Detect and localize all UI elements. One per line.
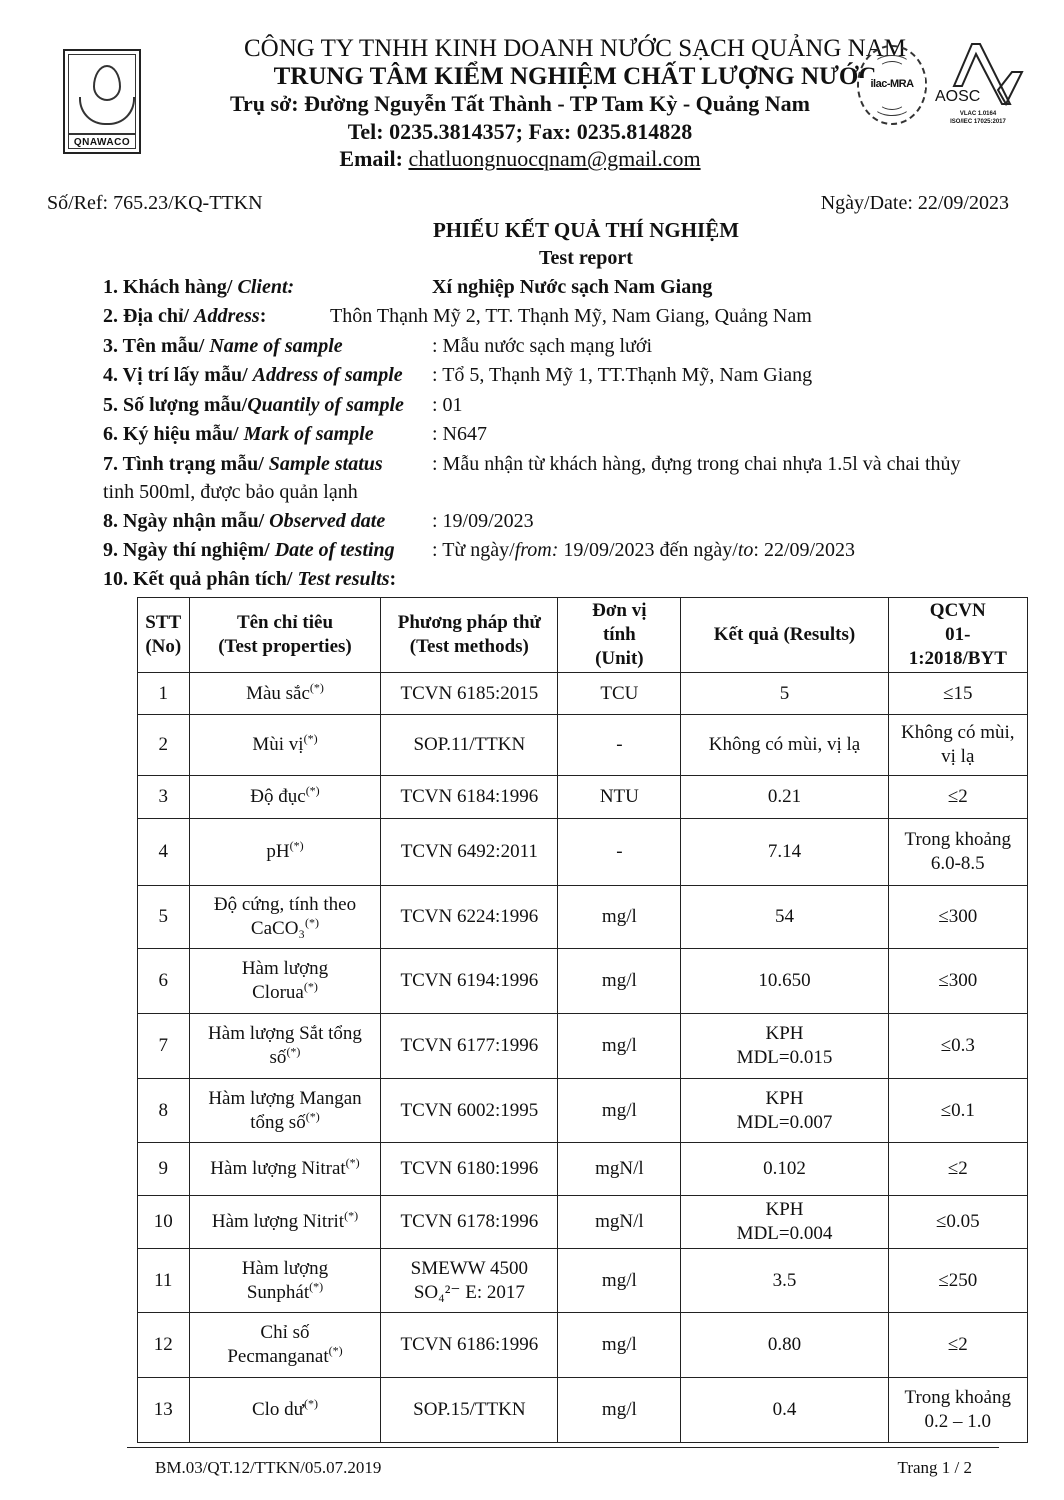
table-row: 9Hàm lượng Nitrat(*)TCVN 6180:1996mgN/l0… — [138, 1143, 1028, 1196]
cell-name: Độ đục(*) — [189, 776, 381, 819]
company-logo: QNAWACO — [63, 49, 141, 154]
info-mark: 6. Ký hiệu mẫu/ Mark of sample — [103, 423, 374, 446]
info-status: 7. Tình trạng mẫu/ Sample status — [103, 453, 383, 476]
cell-unit: mg/l — [558, 886, 681, 949]
info-value: : 19/09/2023 — [432, 510, 534, 532]
info-label-en: Test results — [297, 568, 389, 590]
cell-result: 0.80 — [681, 1313, 888, 1378]
header-no: STT(No) — [138, 598, 190, 673]
footer-divider — [127, 1447, 999, 1448]
cell-name: Chỉ sốPecmanganat(*) — [189, 1313, 381, 1378]
cell-name: Hàm lượng Mangantổng số(*) — [189, 1079, 381, 1143]
info-label: 3. Tên mẫu/ — [103, 335, 209, 357]
info-sample-name: 3. Tên mẫu/ Name of sample — [103, 335, 343, 358]
report-subtitle: Test report — [0, 247, 1064, 270]
info-label-en: Name of sample — [209, 335, 342, 357]
cell-unit: mg/l — [558, 1313, 681, 1378]
cell-name: Màu sắc(*) — [189, 673, 381, 715]
cell-limit: ≤15 — [888, 673, 1027, 715]
info-value: : 01 — [432, 394, 463, 416]
info-label-en: Mark of sample — [244, 423, 374, 445]
cell-no: 12 — [138, 1313, 190, 1378]
info-value: : Mẫu nhận từ khách hàng, đựng trong cha… — [432, 453, 961, 475]
cell-result: 0.21 — [681, 776, 888, 819]
cell-result: 0.102 — [681, 1143, 888, 1196]
info-value: : Từ ngày/ — [432, 539, 515, 561]
header-name: Tên chỉ tiêu(Test properties) — [189, 598, 381, 673]
header-limit: QCVN01-1:2018/BYT — [888, 598, 1027, 673]
ilac-mra-logo: ilac-MRA — [857, 45, 927, 125]
cell-unit: NTU — [558, 776, 681, 819]
results-table: STT(No) Tên chỉ tiêu(Test properties) Ph… — [137, 597, 1028, 1443]
cell-result: Không có mùi, vị lạ — [681, 715, 888, 776]
table-header-row: STT(No) Tên chỉ tiêu(Test properties) Ph… — [138, 598, 1028, 673]
cell-limit: ≤2 — [888, 776, 1027, 819]
cell-limit: Không có mùi,vị lạ — [888, 715, 1027, 776]
info-value: tinh 500ml, được bảo quản lạnh — [103, 481, 358, 503]
cell-method: TCVN 6177:1996 — [381, 1014, 558, 1079]
info-status-value-cont: tinh 500ml, được bảo quản lạnh — [103, 481, 358, 504]
company-address: Trụ sở: Đường Nguyễn Tất Thành - TP Tam … — [190, 91, 850, 117]
results-body: 1Màu sắc(*)TCVN 6185:2015TCU5≤152Mùi vị(… — [138, 673, 1028, 1443]
logo-brand-text: QNAWACO — [69, 137, 135, 148]
cell-name: Hàm lượngClorua(*) — [189, 949, 381, 1014]
table-row: 11Hàm lượngSunphát(*)SMEWW 4500SO₄²⁻ E: … — [138, 1249, 1028, 1313]
cell-no: 6 — [138, 949, 190, 1014]
table-row: 7Hàm lượng Sắt tổngsố(*)TCVN 6177:1996mg… — [138, 1014, 1028, 1079]
form-code: BM.03/QT.12/TTKN/05.07.2019 — [155, 1458, 381, 1478]
cell-method: TCVN 6184:1996 — [381, 776, 558, 819]
cell-unit: mg/l — [558, 1079, 681, 1143]
info-label: 1. Khách hàng/ — [103, 276, 237, 298]
info-label-en: Observed date — [269, 510, 385, 532]
aosc-accreditation: VLAC 1.0164 ISO/IEC 17025:2017 — [932, 110, 1024, 126]
info-sample-address-value: : Tổ 5, Thạnh Mỹ 1, TT.Thạnh Mỹ, Nam Gia… — [432, 364, 812, 387]
cell-unit: mg/l — [558, 949, 681, 1014]
company-email-line: Email: chatluongnuocqnam@gmail.com — [190, 146, 850, 172]
table-row: 13Clo dư(*)SOP.15/TTKNmg/l0.4Trong khoản… — [138, 1378, 1028, 1443]
reference-number: Số/Ref: 765.23/KQ-TTKN — [47, 192, 263, 215]
info-testing-date: 9. Ngày thí nghiệm/ Date of testing — [103, 539, 395, 562]
cell-method: TCVN 6002:1995 — [381, 1079, 558, 1143]
cell-limit: ≤2 — [888, 1313, 1027, 1378]
cell-no: 9 — [138, 1143, 190, 1196]
cell-name: Hàm lượng Nitrit(*) — [189, 1196, 381, 1249]
cell-name: Hàm lượng Nitrat(*) — [189, 1143, 381, 1196]
info-address-value: Thôn Thạnh Mỹ 2, TT. Thạnh Mỹ, Nam Giang… — [330, 305, 812, 328]
info-label: 4. Vị trí lấy mẫu/ — [103, 364, 253, 386]
cell-method: TCVN 6224:1996 — [381, 886, 558, 949]
cell-unit: mg/l — [558, 1378, 681, 1443]
cell-result: KPHMDL=0.004 — [681, 1196, 888, 1249]
cell-name: Hàm lượng Sắt tổngsố(*) — [189, 1014, 381, 1079]
cell-method: SMEWW 4500SO₄²⁻ E: 2017 — [381, 1249, 558, 1313]
cell-name: Clo dư(*) — [189, 1378, 381, 1443]
email-label: Email: — [339, 146, 408, 171]
cell-result: 7.14 — [681, 819, 888, 886]
cell-limit: ≤300 — [888, 886, 1027, 949]
hands-icon — [79, 97, 135, 125]
cell-no: 5 — [138, 886, 190, 949]
cell-limit: Trong khoảng6.0-8.5 — [888, 819, 1027, 886]
cell-no: 11 — [138, 1249, 190, 1313]
aosc-logo: AOSC VLAC 1.0164 ISO/IEC 17025:2017 — [932, 42, 1024, 134]
report-title: PHIẾU KẾT QUẢ THÍ NGHIỆM — [0, 218, 1064, 243]
info-label-en: Address — [194, 305, 260, 327]
info-value-to-label: to — [738, 539, 754, 561]
cell-unit: - — [558, 819, 681, 886]
table-row: 10Hàm lượng Nitrit(*)TCVN 6178:1996mgN/l… — [138, 1196, 1028, 1249]
table-row: 1Màu sắc(*)TCVN 6185:2015TCU5≤15 — [138, 673, 1028, 715]
cell-limit: ≤0.05 — [888, 1196, 1027, 1249]
cell-result: 3.5 — [681, 1249, 888, 1313]
cell-method: SOP.15/TTKN — [381, 1378, 558, 1443]
info-label-en: Sample status — [269, 453, 383, 475]
info-test-results-heading: 10. Kết quả phân tích/ Test results: — [103, 568, 396, 591]
info-observed-date: 8. Ngày nhận mẫu/ Observed date — [103, 510, 385, 533]
info-value-from-label: from: — [515, 539, 559, 561]
info-address: 2. Địa chỉ/ Address: — [103, 305, 266, 328]
cell-method: TCVN 6492:2011 — [381, 819, 558, 886]
table-row: 2Mùi vị(*)SOP.11/TTKN-Không có mùi, vị l… — [138, 715, 1028, 776]
info-label-suffix: : — [260, 305, 267, 327]
cell-result: 54 — [681, 886, 888, 949]
info-testing-date-value: : Từ ngày/from: 19/09/2023 đến ngày/to: … — [432, 539, 855, 562]
info-label: 9. Ngày thí nghiệm/ — [103, 539, 275, 561]
cell-method: TCVN 6186:1996 — [381, 1313, 558, 1378]
table-row: 4pH(*)TCVN 6492:2011-7.14Trong khoảng6.0… — [138, 819, 1028, 886]
info-label: 5. Số lượng mẫu/ — [103, 394, 247, 416]
table-row: 3Độ đục(*)TCVN 6184:1996NTU0.21≤2 — [138, 776, 1028, 819]
info-client-value: Xí nghiệp Nước sạch Nam Giang — [432, 276, 712, 299]
cell-no: 13 — [138, 1378, 190, 1443]
cell-name: Độ cứng, tính theoCaCO₃(*) — [189, 886, 381, 949]
info-value: : N647 — [432, 423, 487, 445]
info-mark-value: : N647 — [432, 423, 487, 446]
info-client: 1. Khách hàng/ Client: — [103, 276, 294, 299]
cell-no: 1 — [138, 673, 190, 715]
cell-result: 5 — [681, 673, 888, 715]
cell-result: KPHMDL=0.015 — [681, 1014, 888, 1079]
cell-result: 10.650 — [681, 949, 888, 1014]
info-quantity: 5. Số lượng mẫu/Quantily of sample — [103, 394, 404, 417]
cell-unit: mgN/l — [558, 1143, 681, 1196]
info-label-en: Quantily of sample — [247, 394, 404, 416]
table-row: 6Hàm lượngClorua(*)TCVN 6194:1996mg/l10.… — [138, 949, 1028, 1014]
water-drop-icon — [93, 65, 121, 101]
header-unit: Đơn vịtính(Unit) — [558, 598, 681, 673]
cell-result: KPHMDL=0.007 — [681, 1079, 888, 1143]
info-value: Thôn Thạnh Mỹ 2, TT. Thạnh Mỹ, Nam Giang… — [330, 305, 812, 327]
cell-limit: ≤0.1 — [888, 1079, 1027, 1143]
cell-no: 8 — [138, 1079, 190, 1143]
email-link[interactable]: chatluongnuocqnam@gmail.com — [408, 146, 700, 171]
info-quantity-value: : 01 — [432, 394, 463, 417]
cell-method: SOP.11/TTKN — [381, 715, 558, 776]
cell-unit: mg/l — [558, 1014, 681, 1079]
info-label: 10. Kết quả phân tích/ — [103, 568, 297, 590]
cell-unit: mgN/l — [558, 1196, 681, 1249]
info-status-value: : Mẫu nhận từ khách hàng, đựng trong cha… — [432, 453, 961, 476]
info-value: Xí nghiệp Nước sạch Nam Giang — [432, 276, 712, 298]
info-value: : Tổ 5, Thạnh Mỹ 1, TT.Thạnh Mỹ, Nam Gia… — [432, 364, 812, 386]
info-label-en: Address of sample — [253, 364, 403, 386]
cell-method: TCVN 6180:1996 — [381, 1143, 558, 1196]
info-observed-date-value: : 19/09/2023 — [432, 510, 534, 533]
info-label-en: Client: — [237, 276, 294, 298]
cell-name: Mùi vị(*) — [189, 715, 381, 776]
cell-no: 10 — [138, 1196, 190, 1249]
info-label-suffix: : — [390, 568, 397, 590]
cell-limit: ≤300 — [888, 949, 1027, 1014]
cell-limit: ≤2 — [888, 1143, 1027, 1196]
cell-unit: TCU — [558, 673, 681, 715]
info-label: 6. Ký hiệu mẫu/ — [103, 423, 244, 445]
ilac-text: ilac-MRA — [859, 78, 925, 90]
table-row: 5Độ cứng, tính theoCaCO₃(*)TCVN 6224:199… — [138, 886, 1028, 949]
info-value: : Mẫu nước sạch mạng lưới — [432, 335, 652, 357]
report-date: Ngày/Date: 22/09/2023 — [821, 192, 1009, 215]
cell-limit: Trong khoảng0.2 – 1.0 — [888, 1378, 1027, 1443]
info-label-en: Date of testing — [275, 539, 395, 561]
table-row: 12Chỉ sốPecmanganat(*)TCVN 6186:1996mg/l… — [138, 1313, 1028, 1378]
table-row: 8Hàm lượng Mangantổng số(*)TCVN 6002:199… — [138, 1079, 1028, 1143]
cell-limit: ≤0.3 — [888, 1014, 1027, 1079]
info-label: 8. Ngày nhận mẫu/ — [103, 510, 269, 532]
info-sample-name-value: : Mẫu nước sạch mạng lưới — [432, 335, 652, 358]
cell-name: Hàm lượngSunphát(*) — [189, 1249, 381, 1313]
header-method: Phương pháp thử(Test methods) — [381, 598, 558, 673]
cell-unit: - — [558, 715, 681, 776]
cell-method: TCVN 6194:1996 — [381, 949, 558, 1014]
aosc-vlac: VLAC 1.0164 — [932, 110, 1024, 118]
cell-unit: mg/l — [558, 1249, 681, 1313]
info-value-to: : 22/09/2023 — [753, 539, 855, 561]
cell-name: pH(*) — [189, 819, 381, 886]
cell-no: 4 — [138, 819, 190, 886]
aosc-iso: ISO/IEC 17025:2017 — [932, 118, 1024, 126]
cell-no: 3 — [138, 776, 190, 819]
header-result: Kết quả (Results) — [681, 598, 888, 673]
cell-no: 2 — [138, 715, 190, 776]
page-number: Trang 1 / 2 — [898, 1458, 972, 1478]
company-phone: Tel: 0235.3814357; Fax: 0235.814828 — [190, 119, 850, 145]
info-label: 7. Tình trạng mẫu/ — [103, 453, 269, 475]
cell-result: 0.4 — [681, 1378, 888, 1443]
info-sample-address: 4. Vị trí lấy mẫu/ Address of sample — [103, 364, 403, 387]
info-label: 2. Địa chỉ/ — [103, 305, 194, 327]
info-value-from: 19/09/2023 đến ngày/ — [558, 539, 737, 561]
cell-no: 7 — [138, 1014, 190, 1079]
cell-method: TCVN 6185:2015 — [381, 673, 558, 715]
cell-method: TCVN 6178:1996 — [381, 1196, 558, 1249]
cell-limit: ≤250 — [888, 1249, 1027, 1313]
aosc-text: AOSC — [935, 88, 980, 106]
